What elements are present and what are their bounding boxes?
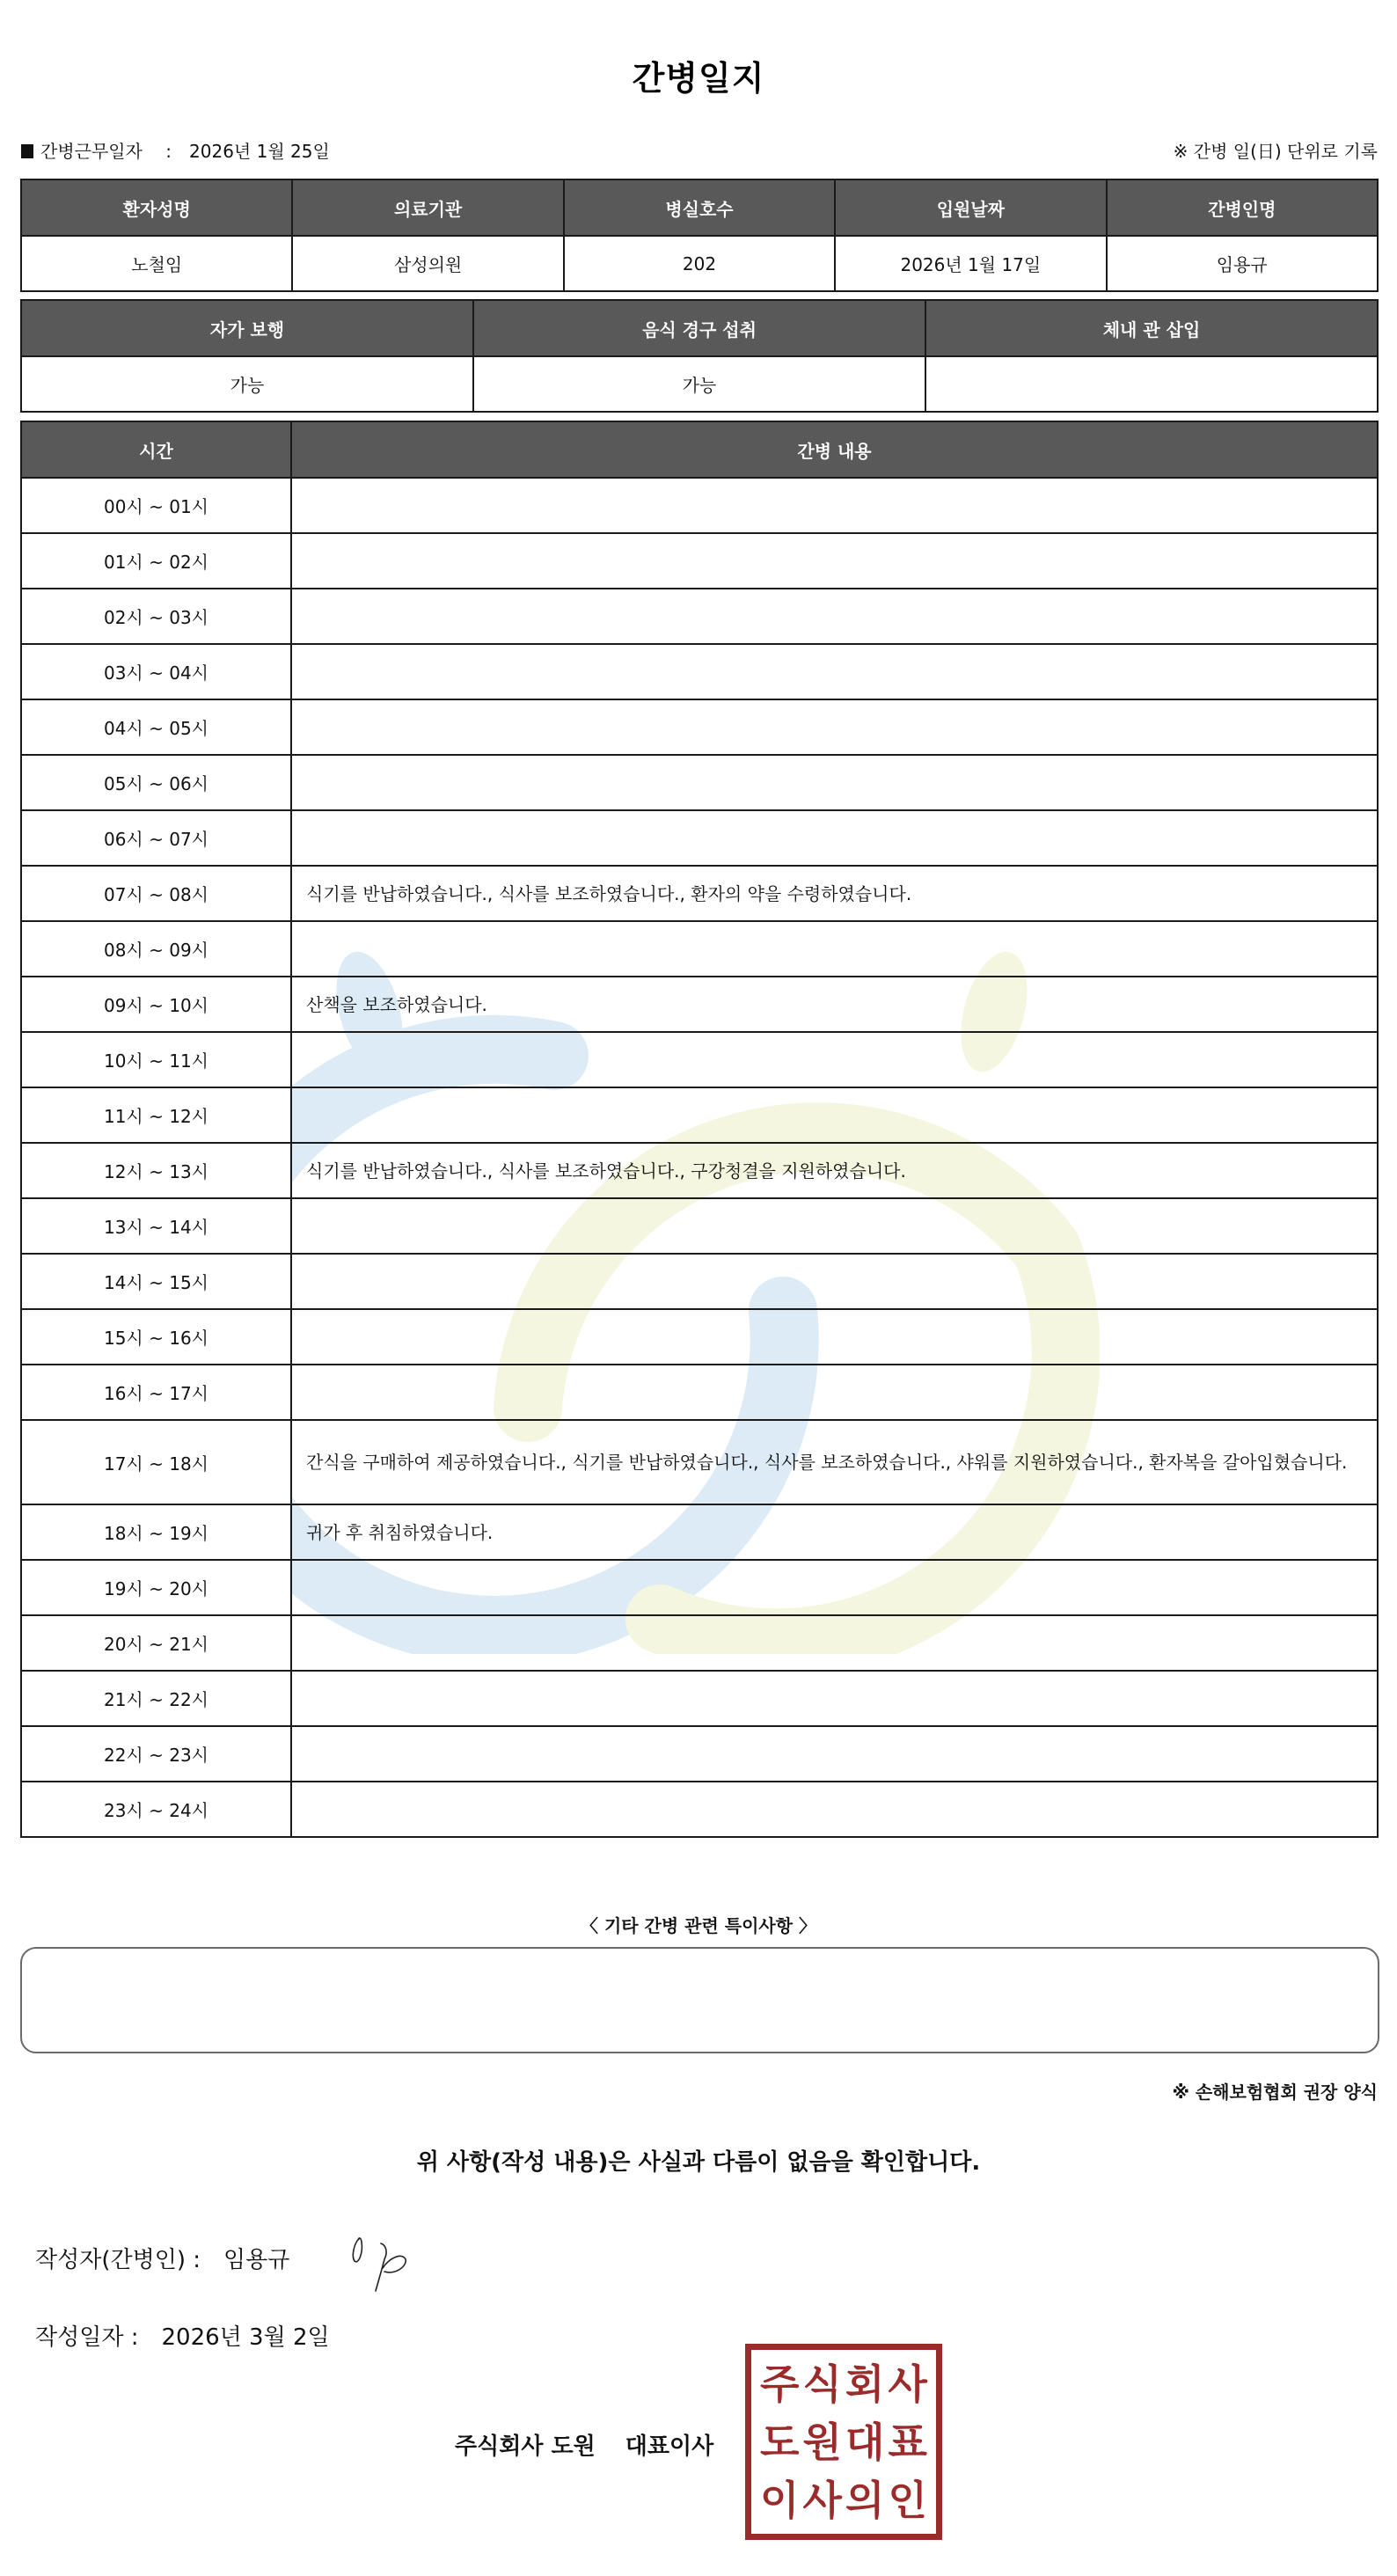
care-log-row: 12시 ~ 13시식기를 반납하였습니다., 식사를 보조하였습니다., 구강청… [21,1143,1378,1198]
care-content-cell[interactable] [291,1782,1378,1837]
care-log-row: 21시 ~ 22시 [21,1671,1378,1726]
time-slot: 12시 ~ 13시 [21,1143,291,1198]
header-caregiver-name: 간병인명 [1107,179,1378,236]
seal-character: 인 [887,2471,930,2529]
writer-label: 작성자(간병인) : [35,2247,201,2273]
time-slot: 17시 ~ 18시 [21,1420,291,1504]
care-log-row: 01시 ~ 02시 [21,533,1378,589]
time-slot: 09시 ~ 10시 [21,977,291,1032]
time-slot: 19시 ~ 20시 [21,1560,291,1615]
special-notes-box[interactable] [20,1947,1379,2053]
time-slot: 00시 ~ 01시 [21,478,291,533]
time-slot: 05시 ~ 06시 [21,755,291,810]
work-date-separator: : [165,141,172,162]
written-date-label: 작성일자 : [35,2324,139,2351]
care-content-cell[interactable] [291,810,1378,866]
time-slot: 21시 ~ 22시 [21,1671,291,1726]
work-date: 간병근무일자 :2026년 1월 25일 [21,137,330,163]
time-slot: 08시 ~ 09시 [21,921,291,977]
time-slot: 14시 ~ 15시 [21,1254,291,1309]
care-log-row: 06시 ~ 07시 [21,810,1378,866]
writer-name: 임용규 [223,2242,289,2274]
time-slot: 20시 ~ 21시 [21,1615,291,1671]
header-patient-name: 환자성명 [21,179,292,236]
patient-info-header-row: 환자성명 의료기관 병실호수 입원날짜 간병인명 [21,179,1378,236]
care-content-cell[interactable] [291,589,1378,644]
work-date-label: 간병근무일자 [40,141,143,162]
care-log-row: 04시 ~ 05시 [21,699,1378,755]
care-content-cell[interactable]: 식기를 반납하였습니다., 식사를 보조하였습니다., 환자의 약을 수령하였습… [291,866,1378,921]
care-content-cell[interactable] [291,699,1378,755]
self-walking-value: 가능 [21,356,473,412]
recommended-form-note: ※ 손해보험협회 권장 양식 [1172,2078,1378,2104]
care-content-cell[interactable] [291,1671,1378,1726]
confirmation-statement: 위 사항(작성 내용)은 사실과 다름이 없음을 확인합니다. [0,2144,1397,2177]
care-log-row: 03시 ~ 04시 [21,644,1378,699]
seal-character: 사 [801,2471,845,2529]
care-content-cell[interactable] [291,1560,1378,1615]
seal-character: 의 [844,2471,887,2529]
seal-character: 식 [801,2355,845,2413]
header-care-content: 간병 내용 [291,421,1378,478]
company-signature-line: 주식회사 도원대표이사 [455,2428,713,2461]
unit-note: ※ 간병 일(日) 단위로 기록 [1174,137,1378,163]
written-date-value: 2026년 3월 2일 [162,2319,330,2352]
patient-status-value-row: 가능 가능 [21,356,1378,412]
care-content-cell[interactable]: 산책을 보조하였습니다. [291,977,1378,1032]
tube-insertion-value [925,356,1378,412]
care-content-cell[interactable]: 간식을 구매하여 제공하였습니다., 식기를 반납하였습니다., 식사를 보조하… [291,1420,1378,1504]
care-content-cell[interactable] [291,644,1378,699]
work-date-value: 2026년 1월 25일 [189,141,330,162]
care-content-cell[interactable] [291,1087,1378,1143]
care-content-cell[interactable] [291,1615,1378,1671]
care-content-cell[interactable] [291,921,1378,977]
time-slot: 07시 ~ 08시 [21,866,291,921]
care-log-row: 16시 ~ 17시 [21,1365,1378,1420]
company-name: 주식회사 도원 [455,2433,596,2460]
care-log-row: 17시 ~ 18시간식을 구매하여 제공하였습니다., 식기를 반납하였습니다.… [21,1420,1378,1504]
time-slot: 11시 ~ 12시 [21,1087,291,1143]
header-oral-intake: 음식 경구 섭취 [473,300,925,356]
care-content-cell[interactable] [291,1309,1378,1365]
care-content-cell[interactable] [291,1365,1378,1420]
care-log-row: 09시 ~ 10시산책을 보조하였습니다. [21,977,1378,1032]
care-log-header-row: 시간 간병 내용 [21,421,1378,478]
care-log-row: 15시 ~ 16시 [21,1309,1378,1365]
seal-character: 표 [887,2413,930,2471]
seal-character: 회 [844,2355,887,2413]
written-date-line: 작성일자 :2026년 3월 2일 [35,2319,330,2352]
care-log-row: 13시 ~ 14시 [21,1198,1378,1254]
seal-character: 원 [801,2413,845,2471]
time-slot: 23시 ~ 24시 [21,1782,291,1837]
care-log-row: 07시 ~ 08시식기를 반납하였습니다., 식사를 보조하였습니다., 환자의… [21,866,1378,921]
header-hospital: 의료기관 [292,179,563,236]
company-seal-stamp: 주식회사도원대표이사의인 [745,2344,942,2540]
time-slot: 04시 ~ 05시 [21,699,291,755]
oral-intake-value: 가능 [473,356,925,412]
seal-character: 이 [758,2471,801,2529]
care-log-row: 23시 ~ 24시 [21,1782,1378,1837]
patient-name-value: 노철임 [21,236,292,291]
care-content-cell[interactable] [291,533,1378,589]
care-content-cell[interactable] [291,755,1378,810]
time-slot: 13시 ~ 14시 [21,1198,291,1254]
time-slot: 02시 ~ 03시 [21,589,291,644]
care-log-row: 10시 ~ 11시 [21,1032,1378,1087]
header-self-walking: 자가 보행 [21,300,473,356]
time-slot: 03시 ~ 04시 [21,644,291,699]
header-room-number: 병실호수 [564,179,835,236]
care-content-cell[interactable] [291,478,1378,533]
time-slot: 22시 ~ 23시 [21,1726,291,1782]
care-log-row: 20시 ~ 21시 [21,1615,1378,1671]
hospital-value: 삼성의원 [292,236,563,291]
time-slot: 18시 ~ 19시 [21,1504,291,1560]
care-log-table: 시간 간병 내용 00시 ~ 01시01시 ~ 02시02시 ~ 03시03시 … [20,421,1379,1838]
care-content-cell[interactable]: 식기를 반납하였습니다., 식사를 보조하였습니다., 구강청결을 지원하였습니… [291,1143,1378,1198]
room-number-value: 202 [564,236,835,291]
writer-line: 작성자(간병인) :임용규 [35,2242,289,2274]
square-bullet-icon [21,144,33,158]
seal-character: 사 [887,2355,930,2413]
care-log-row: 00시 ~ 01시 [21,478,1378,533]
time-slot: 16시 ~ 17시 [21,1365,291,1420]
time-slot: 06시 ~ 07시 [21,810,291,866]
patient-status-table: 자가 보행 음식 경구 섭취 체내 관 삽입 가능 가능 [20,299,1379,413]
care-log-row: 22시 ~ 23시 [21,1726,1378,1782]
time-slot: 01시 ~ 02시 [21,533,291,589]
header-tube-insertion: 체내 관 삽입 [925,300,1378,356]
care-log-row: 05시 ~ 06시 [21,755,1378,810]
care-log-row: 18시 ~ 19시귀가 후 취침하였습니다. [21,1504,1378,1560]
header-time: 시간 [21,421,291,478]
care-log-row: 14시 ~ 15시 [21,1254,1378,1309]
care-log-row: 11시 ~ 12시 [21,1087,1378,1143]
seal-character: 대 [844,2413,887,2471]
care-log-row: 08시 ~ 09시 [21,921,1378,977]
special-notes-title: 〈 기타 간병 관련 특이사항 〉 [0,1912,1397,1937]
care-log-row: 19시 ~ 20시 [21,1560,1378,1615]
patient-info-table: 환자성명 의료기관 병실호수 입원날짜 간병인명 노철임 삼성의원 202 20… [20,179,1379,292]
signature-icon [347,2233,418,2296]
patient-info-value-row: 노철임 삼성의원 202 2026년 1월 17일 임용규 [21,236,1378,291]
care-log-row: 02시 ~ 03시 [21,589,1378,644]
care-content-cell[interactable] [291,1254,1378,1309]
care-content-cell[interactable]: 귀가 후 취침하였습니다. [291,1504,1378,1560]
time-slot: 15시 ~ 16시 [21,1309,291,1365]
time-slot: 10시 ~ 11시 [21,1032,291,1087]
seal-character: 도 [758,2413,801,2471]
care-content-cell[interactable] [291,1198,1378,1254]
page-title: 간병일지 [0,51,1397,99]
admission-date-value: 2026년 1월 17일 [835,236,1106,291]
care-content-cell[interactable] [291,1726,1378,1782]
caregiver-name-value: 임용규 [1107,236,1378,291]
header-admission-date: 입원날짜 [835,179,1106,236]
seal-character: 주 [758,2355,801,2413]
care-content-cell[interactable] [291,1032,1378,1087]
patient-status-header-row: 자가 보행 음식 경구 섭취 체내 관 삽입 [21,300,1378,356]
representative-title: 대표이사 [625,2433,713,2460]
